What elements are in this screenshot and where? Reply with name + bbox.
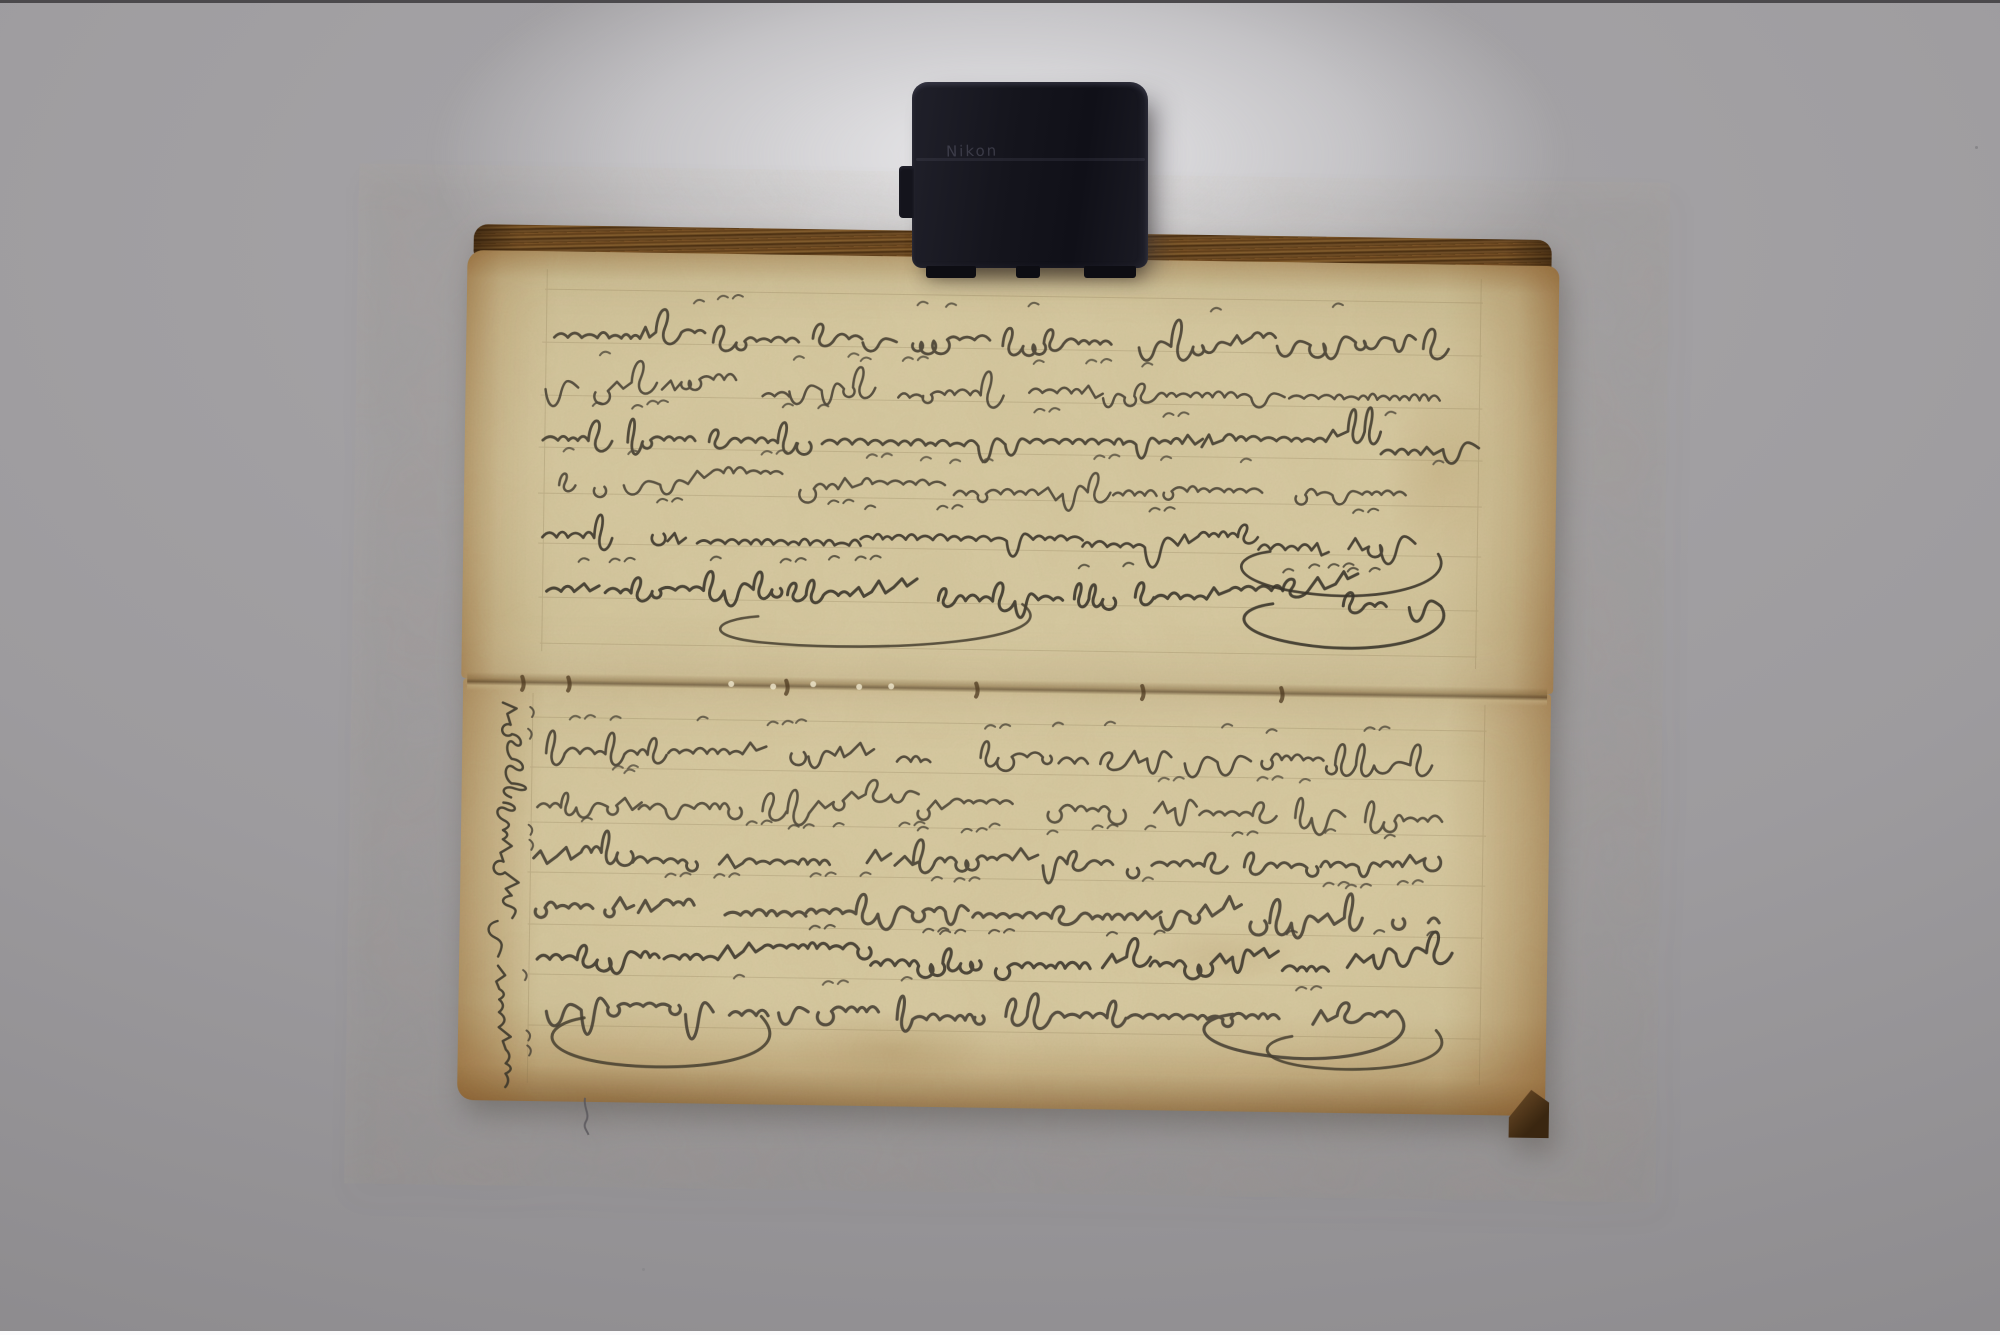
loose-thread <box>584 1098 589 1135</box>
battery-latch-step <box>899 166 914 218</box>
stitch-hole <box>568 678 570 691</box>
paper-fleck <box>888 683 894 689</box>
flourish-stroke <box>1267 1028 1442 1071</box>
photograph: Nikon <box>0 0 2000 1335</box>
paper-fleck <box>728 681 734 687</box>
battery-terminal-foot <box>1016 266 1040 278</box>
handwriting-line <box>546 986 1404 1060</box>
handwriting-line-diacritics <box>613 765 1310 784</box>
handwriting-layer <box>455 224 1560 1150</box>
frame-edge-top <box>0 0 2000 3</box>
handwriting-line <box>545 360 1440 420</box>
stitch-hole <box>522 677 524 690</box>
handwriting-line <box>533 830 1441 889</box>
dust-speck <box>1975 146 1978 149</box>
handwriting-line-diacritics <box>810 922 1438 942</box>
upper-page-text <box>540 292 1481 656</box>
handwriting-line-diacritics <box>593 399 1396 420</box>
handwriting-line <box>542 514 1442 597</box>
handwriting-line <box>554 308 1449 365</box>
stitch-hole <box>786 681 788 694</box>
manuscript-book <box>455 224 1560 1124</box>
margin-note-line <box>486 702 527 1087</box>
flourish-stroke <box>552 1013 770 1068</box>
battery-brand-label: Nikon <box>946 142 999 161</box>
battery-weight: Nikon <box>912 82 1148 268</box>
stitch-hole <box>976 684 978 697</box>
stitch-hole <box>1142 686 1144 699</box>
flourish-stroke <box>720 600 1031 650</box>
handwriting-line-diacritics <box>600 350 1152 367</box>
dust-speck <box>642 1268 645 1271</box>
handwriting-line <box>546 731 1432 781</box>
seam-stitches <box>522 677 1283 701</box>
frame-edge-bottom <box>0 1331 2000 1335</box>
handwriting-line <box>535 882 1440 940</box>
battery-terminal-foot <box>1084 266 1136 278</box>
handwriting-line-diacritics <box>734 975 1321 993</box>
paper-fleck <box>856 684 862 690</box>
battery-terminal-foot <box>926 266 976 278</box>
handwriting-line <box>559 465 1445 517</box>
paper-fleck <box>810 681 816 687</box>
handwriting-line-diacritics <box>694 294 1343 313</box>
paper-fleck <box>770 684 776 690</box>
lower-page-text <box>531 713 1456 1078</box>
stitch-hole <box>1281 688 1283 701</box>
